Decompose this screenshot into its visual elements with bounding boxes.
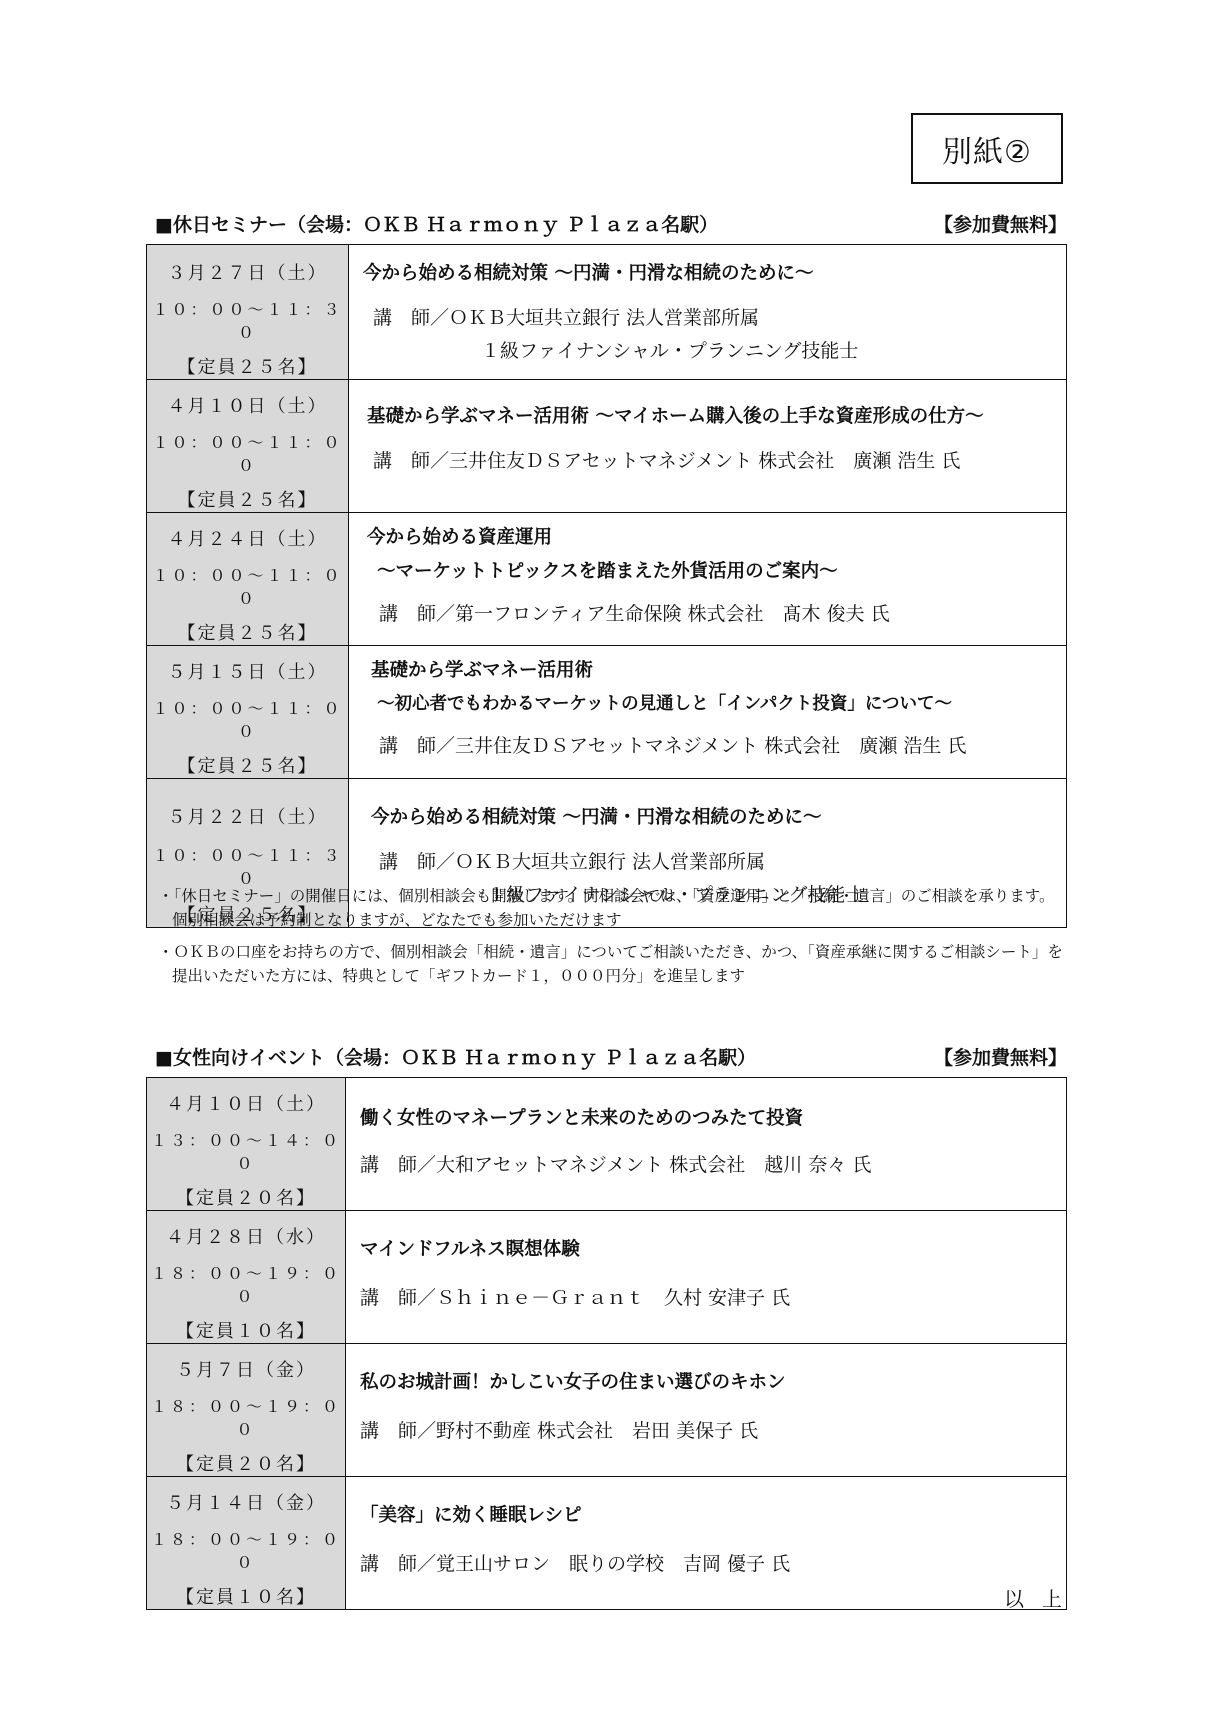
holiday-seminar-fee: 【参加費無料】 — [934, 210, 1067, 237]
event-lecturer: 講 師／覚王山サロン 眠りの学校 吉岡 優子 氏 — [360, 1527, 1066, 1576]
event-title: 働く女性のマネープランと未来のためのつみたて投資 — [360, 1078, 1066, 1130]
event-date: ５月２２日（土） — [147, 779, 348, 829]
event-date: ４月２８日（水） — [147, 1211, 345, 1249]
table-row: ３月２７日（土） １０：００～１１：３０ 【定員２５名】 今から始める相続対策 … — [147, 245, 1067, 380]
event-detail-cell: マインドフルネス瞑想体験 講 師／Ｓｈｉｎｅ－Ｇｒａｎｔ 久村 安津子 氏 — [346, 1211, 1067, 1344]
event-capacity: 【定員２５名】 — [147, 742, 348, 778]
women-event-heading: ■女性向けイベント（会場：ＯＫＢ Ｈａｒｍｏｎｙ Ｐｌａｚａ名駅） — [155, 1043, 756, 1070]
holiday-seminar-heading: ■休日セミナー（会場：ＯＫＢ Ｈａｒｍｏｎｙ Ｐｌａｚａ名駅） — [155, 210, 718, 237]
event-time: １８：００～１９：００ — [147, 1382, 345, 1440]
event-title: 私のお城計画！かしこい女子の住まい選びのキホン — [360, 1344, 1066, 1394]
event-time: １０：００～１１：００ — [147, 684, 348, 742]
table-row: ４月１０日（土） １０：００～１１：００ 【定員２５名】 基礎から学ぶマネー活用… — [147, 380, 1067, 513]
event-detail-cell: 基礎から学ぶマネー活用術 ～マイホーム購入後の上手な資産形成の仕方～ 講 師／三… — [349, 380, 1067, 513]
holiday-seminar-table: ３月２７日（土） １０：００～１１：３０ 【定員２５名】 今から始める相続対策 … — [146, 244, 1067, 928]
event-capacity: 【定員１０名】 — [147, 1573, 345, 1609]
schedule-cell: ４月２８日（水） １８：００～１９：００ 【定員１０名】 — [147, 1211, 346, 1344]
event-time: １８：００～１９：００ — [147, 1515, 345, 1573]
event-capacity: 【定員２０名】 — [147, 1174, 345, 1210]
event-lecturer: 講 師／ＯＫＢ大垣共立銀行 法人営業部所属 — [363, 829, 1066, 874]
event-title: 今から始める相続対策 ～円満・円滑な相続のために～ — [363, 779, 1066, 829]
event-lecturer: 講 師／Ｓｈｉｎｅ－Ｇｒａｎｔ 久村 安津子 氏 — [360, 1261, 1066, 1310]
event-lecturer: 講 師／第一フロンティア生命保険 株式会社 髙木 俊夫 氏 — [363, 583, 1066, 626]
event-lecturer: 講 師／三井住友ＤＳアセットマネジメント 株式会社 廣瀬 浩生 氏 — [363, 715, 1066, 758]
event-date: ５月７日（金） — [147, 1344, 345, 1382]
event-time: １０：００～１１：００ — [147, 551, 348, 609]
event-title: 基礎から学ぶマネー活用術 — [363, 646, 1066, 682]
schedule-cell: ５月７日（金） １８：００～１９：００ 【定員２０名】 — [147, 1344, 346, 1477]
event-title: 今から始める資産運用 — [363, 513, 1066, 549]
table-row: ４月１０日（土） １３：００～１４：００ 【定員２０名】 働く女性のマネープラン… — [147, 1078, 1067, 1211]
event-title: マインドフルネス瞑想体験 — [360, 1211, 1066, 1261]
event-lecturer-qualification: １級ファイナンシャル・プランニング技能士 — [363, 330, 1066, 363]
event-title: 基礎から学ぶマネー活用術 ～マイホーム購入後の上手な資産形成の仕方～ — [363, 380, 1066, 428]
event-lecturer: 講 師／野村不動産 株式会社 岩田 美保子 氏 — [360, 1394, 1066, 1443]
event-capacity: 【定員２５名】 — [147, 609, 348, 645]
event-lecturer: 講 師／大和アセットマネジメント 株式会社 越川 奈々 氏 — [360, 1130, 1066, 1177]
event-title: 今から始める相続対策 ～円満・円滑な相続のために～ — [363, 245, 1066, 285]
schedule-cell: ４月１０日（土） １３：００～１４：００ 【定員２０名】 — [147, 1078, 346, 1211]
schedule-cell: ５月１５日（土） １０：００～１１：００ 【定員２５名】 — [147, 646, 349, 779]
event-time: １３：００～１４：００ — [147, 1116, 345, 1174]
event-time: １８：００～１９：００ — [147, 1249, 345, 1307]
table-row: ５月１５日（土） １０：００～１１：００ 【定員２５名】 基礎から学ぶマネー活用… — [147, 646, 1067, 779]
table-row: ５月７日（金） １８：００～１９：００ 【定員２０名】 私のお城計画！かしこい女… — [147, 1344, 1067, 1477]
event-capacity: 【定員２５名】 — [147, 343, 348, 379]
event-date: ３月２７日（土） — [147, 245, 348, 285]
event-date: ４月１０日（土） — [147, 1078, 345, 1116]
event-capacity: 【定員２０名】 — [147, 1440, 345, 1476]
event-subtitle: ～マーケットトピックスを踏まえた外貨活用のご案内～ — [363, 549, 1066, 583]
event-date: ５月１４日（金） — [147, 1477, 345, 1515]
event-detail-cell: 今から始める相続対策 ～円満・円滑な相続のために～ 講 師／ＯＫＢ大垣共立銀行 … — [349, 245, 1067, 380]
event-capacity: 【定員２５名】 — [147, 476, 348, 512]
women-event-heading-row: ■女性向けイベント（会場：ＯＫＢ Ｈａｒｍｏｎｙ Ｐｌａｚａ名駅） 【参加費無料… — [155, 1042, 1067, 1070]
schedule-cell: ３月２７日（土） １０：００～１１：３０ 【定員２５名】 — [147, 245, 349, 380]
event-detail-cell: 今から始める資産運用 ～マーケットトピックスを踏まえた外貨活用のご案内～ 講 師… — [349, 513, 1067, 646]
schedule-cell: ４月２４日（土） １０：００～１１：００ 【定員２５名】 — [147, 513, 349, 646]
schedule-cell: ４月１０日（土） １０：００～１１：００ 【定員２５名】 — [147, 380, 349, 513]
event-date: ４月１０日（土） — [147, 380, 348, 418]
event-date: ４月２４日（土） — [147, 513, 348, 551]
event-time: １０：００～１１：３０ — [147, 829, 348, 889]
note-item: ・ＯＫＢの口座をお持ちの方で、個別相談会「相続・遺言」についてご相談いただき、か… — [158, 940, 1070, 988]
holiday-seminar-notes: ・「休日セミナー」の開催日には、個別相談会も開催します。同相談会では、「資産運用… — [158, 884, 1070, 996]
women-event-fee: 【参加費無料】 — [934, 1043, 1067, 1070]
event-time: １０：００～１１：００ — [147, 418, 348, 476]
event-subtitle: ～初心者でもわかるマーケットの見通しと「インパクト投資」について～ — [363, 682, 1066, 715]
schedule-cell: ５月１４日（金） １８：００～１９：００ 【定員１０名】 — [147, 1477, 346, 1610]
women-event-table: ４月１０日（土） １３：００～１４：００ 【定員２０名】 働く女性のマネープラン… — [146, 1077, 1067, 1610]
table-row: ５月１４日（金） １８：００～１９：００ 【定員１０名】 「美容」に効く睡眠レシ… — [147, 1477, 1067, 1610]
closing-mark: 以上 — [1004, 1583, 1080, 1612]
event-detail-cell: 基礎から学ぶマネー活用術 ～初心者でもわかるマーケットの見通しと「インパクト投資… — [349, 646, 1067, 779]
event-detail-cell: 働く女性のマネープランと未来のためのつみたて投資 講 師／大和アセットマネジメン… — [346, 1078, 1067, 1211]
table-row: ４月２８日（水） １８：００～１９：００ 【定員１０名】 マインドフルネス瞑想体… — [147, 1211, 1067, 1344]
event-capacity: 【定員１０名】 — [147, 1307, 345, 1343]
event-lecturer: 講 師／三井住友ＤＳアセットマネジメント 株式会社 廣瀬 浩生 氏 — [363, 428, 1066, 473]
attachment-label: 別紙② — [911, 113, 1063, 184]
event-detail-cell: 私のお城計画！かしこい女子の住まい選びのキホン 講 師／野村不動産 株式会社 岩… — [346, 1344, 1067, 1477]
event-lecturer: 講 師／ＯＫＢ大垣共立銀行 法人営業部所属 — [363, 285, 1066, 330]
event-date: ５月１５日（土） — [147, 646, 348, 684]
table-row: ４月２４日（土） １０：００～１１：００ 【定員２５名】 今から始める資産運用 … — [147, 513, 1067, 646]
event-title: 「美容」に効く睡眠レシピ — [360, 1477, 1066, 1527]
event-time: １０：００～１１：３０ — [147, 285, 348, 343]
holiday-seminar-heading-row: ■休日セミナー（会場：ＯＫＢ Ｈａｒｍｏｎｙ Ｐｌａｚａ名駅） 【参加費無料】 — [155, 209, 1067, 237]
note-item: ・「休日セミナー」の開催日には、個別相談会も開催します。同相談会では、「資産運用… — [158, 884, 1070, 932]
event-detail-cell: 「美容」に効く睡眠レシピ 講 師／覚王山サロン 眠りの学校 吉岡 優子 氏 — [346, 1477, 1067, 1610]
